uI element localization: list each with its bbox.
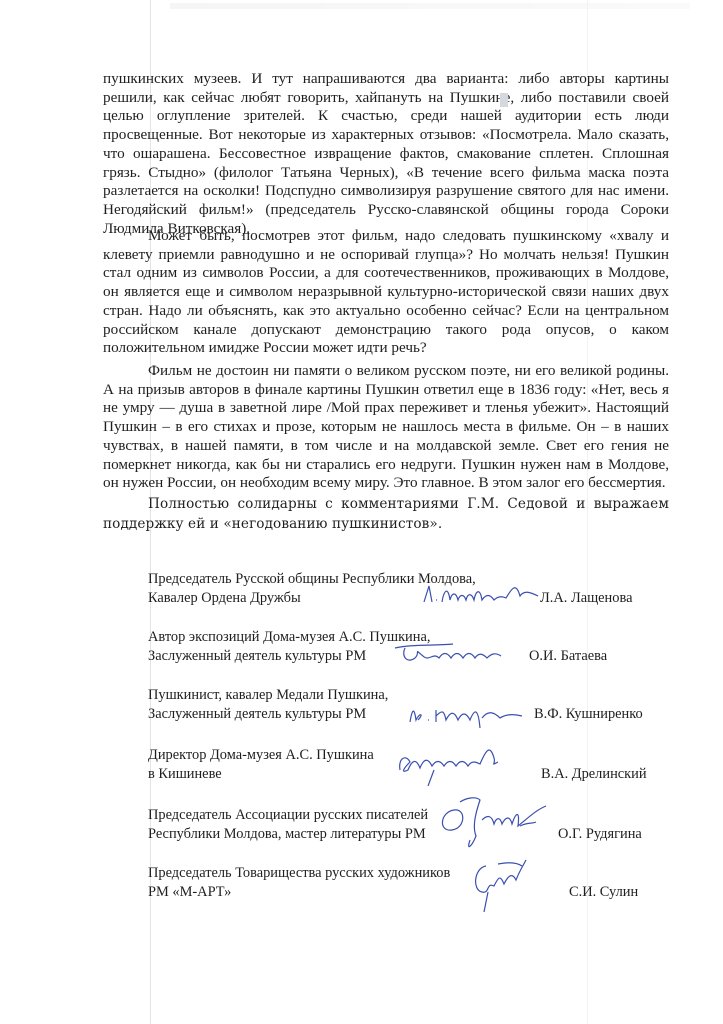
letter-body: пушкинских музеев. И тут напрашиваются д…	[103, 70, 669, 238]
signatory-block: Председатель Русской общины Республики М…	[148, 570, 688, 614]
signatory-block: Председатель Ассоциации русских писателе…	[148, 806, 688, 850]
scan-bleed-through	[170, 3, 690, 9]
paragraph-1: пушкинских музеев. И тут напрашиваются д…	[103, 70, 669, 238]
paragraph-3: Фильм не достоин ни памяти о великом рус…	[103, 362, 669, 493]
signatory-name: Л.А. Лащенова	[540, 589, 632, 608]
signature-ink	[394, 740, 514, 786]
signature-ink	[436, 792, 556, 856]
signatory-name: В.Ф. Кушниренко	[534, 705, 643, 724]
signatory-title: Председатель Товарищества русских художн…	[148, 864, 450, 902]
signatory-name: С.И. Сулин	[569, 883, 638, 902]
scan-highlight-mark	[500, 93, 508, 107]
signatory-block: Директор Дома-музея А.С. Пушкина в Кишин…	[148, 746, 688, 790]
signatory-block: Автор экспозиций Дома-музея А.С. Пушкина…	[148, 628, 688, 672]
signatory-block: Председатель Товарищества русских художн…	[148, 864, 688, 908]
signatory-block: Пушкинист, кавалер Медали Пушкина, Заслу…	[148, 686, 688, 730]
scanned-letter-page: пушкинских музеев. И тут напрашиваются д…	[0, 0, 723, 1024]
signatory-title: Директор Дома-музея А.С. Пушкина в Кишин…	[148, 746, 374, 784]
signature-ink	[468, 856, 528, 914]
letter-body: Фильм не достоин ни памяти о великом рус…	[103, 362, 669, 493]
paragraph-2: Может быть, посмотрев этот фильм, надо с…	[103, 227, 669, 358]
letter-body: Полностью солидарны с комментариями Г.М.…	[103, 494, 669, 534]
signatory-name: О.И. Батаева	[529, 647, 607, 666]
signature-ink	[406, 692, 526, 728]
signatory-title: Председатель Ассоциации русских писателе…	[148, 806, 428, 844]
signatory-name: О.Г. Рудягина	[558, 825, 642, 844]
paragraph-4-solidarity: Полностью солидарны с комментариями Г.М.…	[103, 494, 669, 534]
signatory-name: В.А. Дрелинский	[541, 765, 647, 784]
signature-ink	[420, 576, 545, 608]
letter-body: Может быть, посмотрев этот фильм, надо с…	[103, 227, 669, 358]
signature-ink	[393, 634, 513, 666]
signatory-title: Пушкинист, кавалер Медали Пушкина, Заслу…	[148, 686, 388, 724]
signatory-title: Автор экспозиций Дома-музея А.С. Пушкина…	[148, 628, 430, 666]
